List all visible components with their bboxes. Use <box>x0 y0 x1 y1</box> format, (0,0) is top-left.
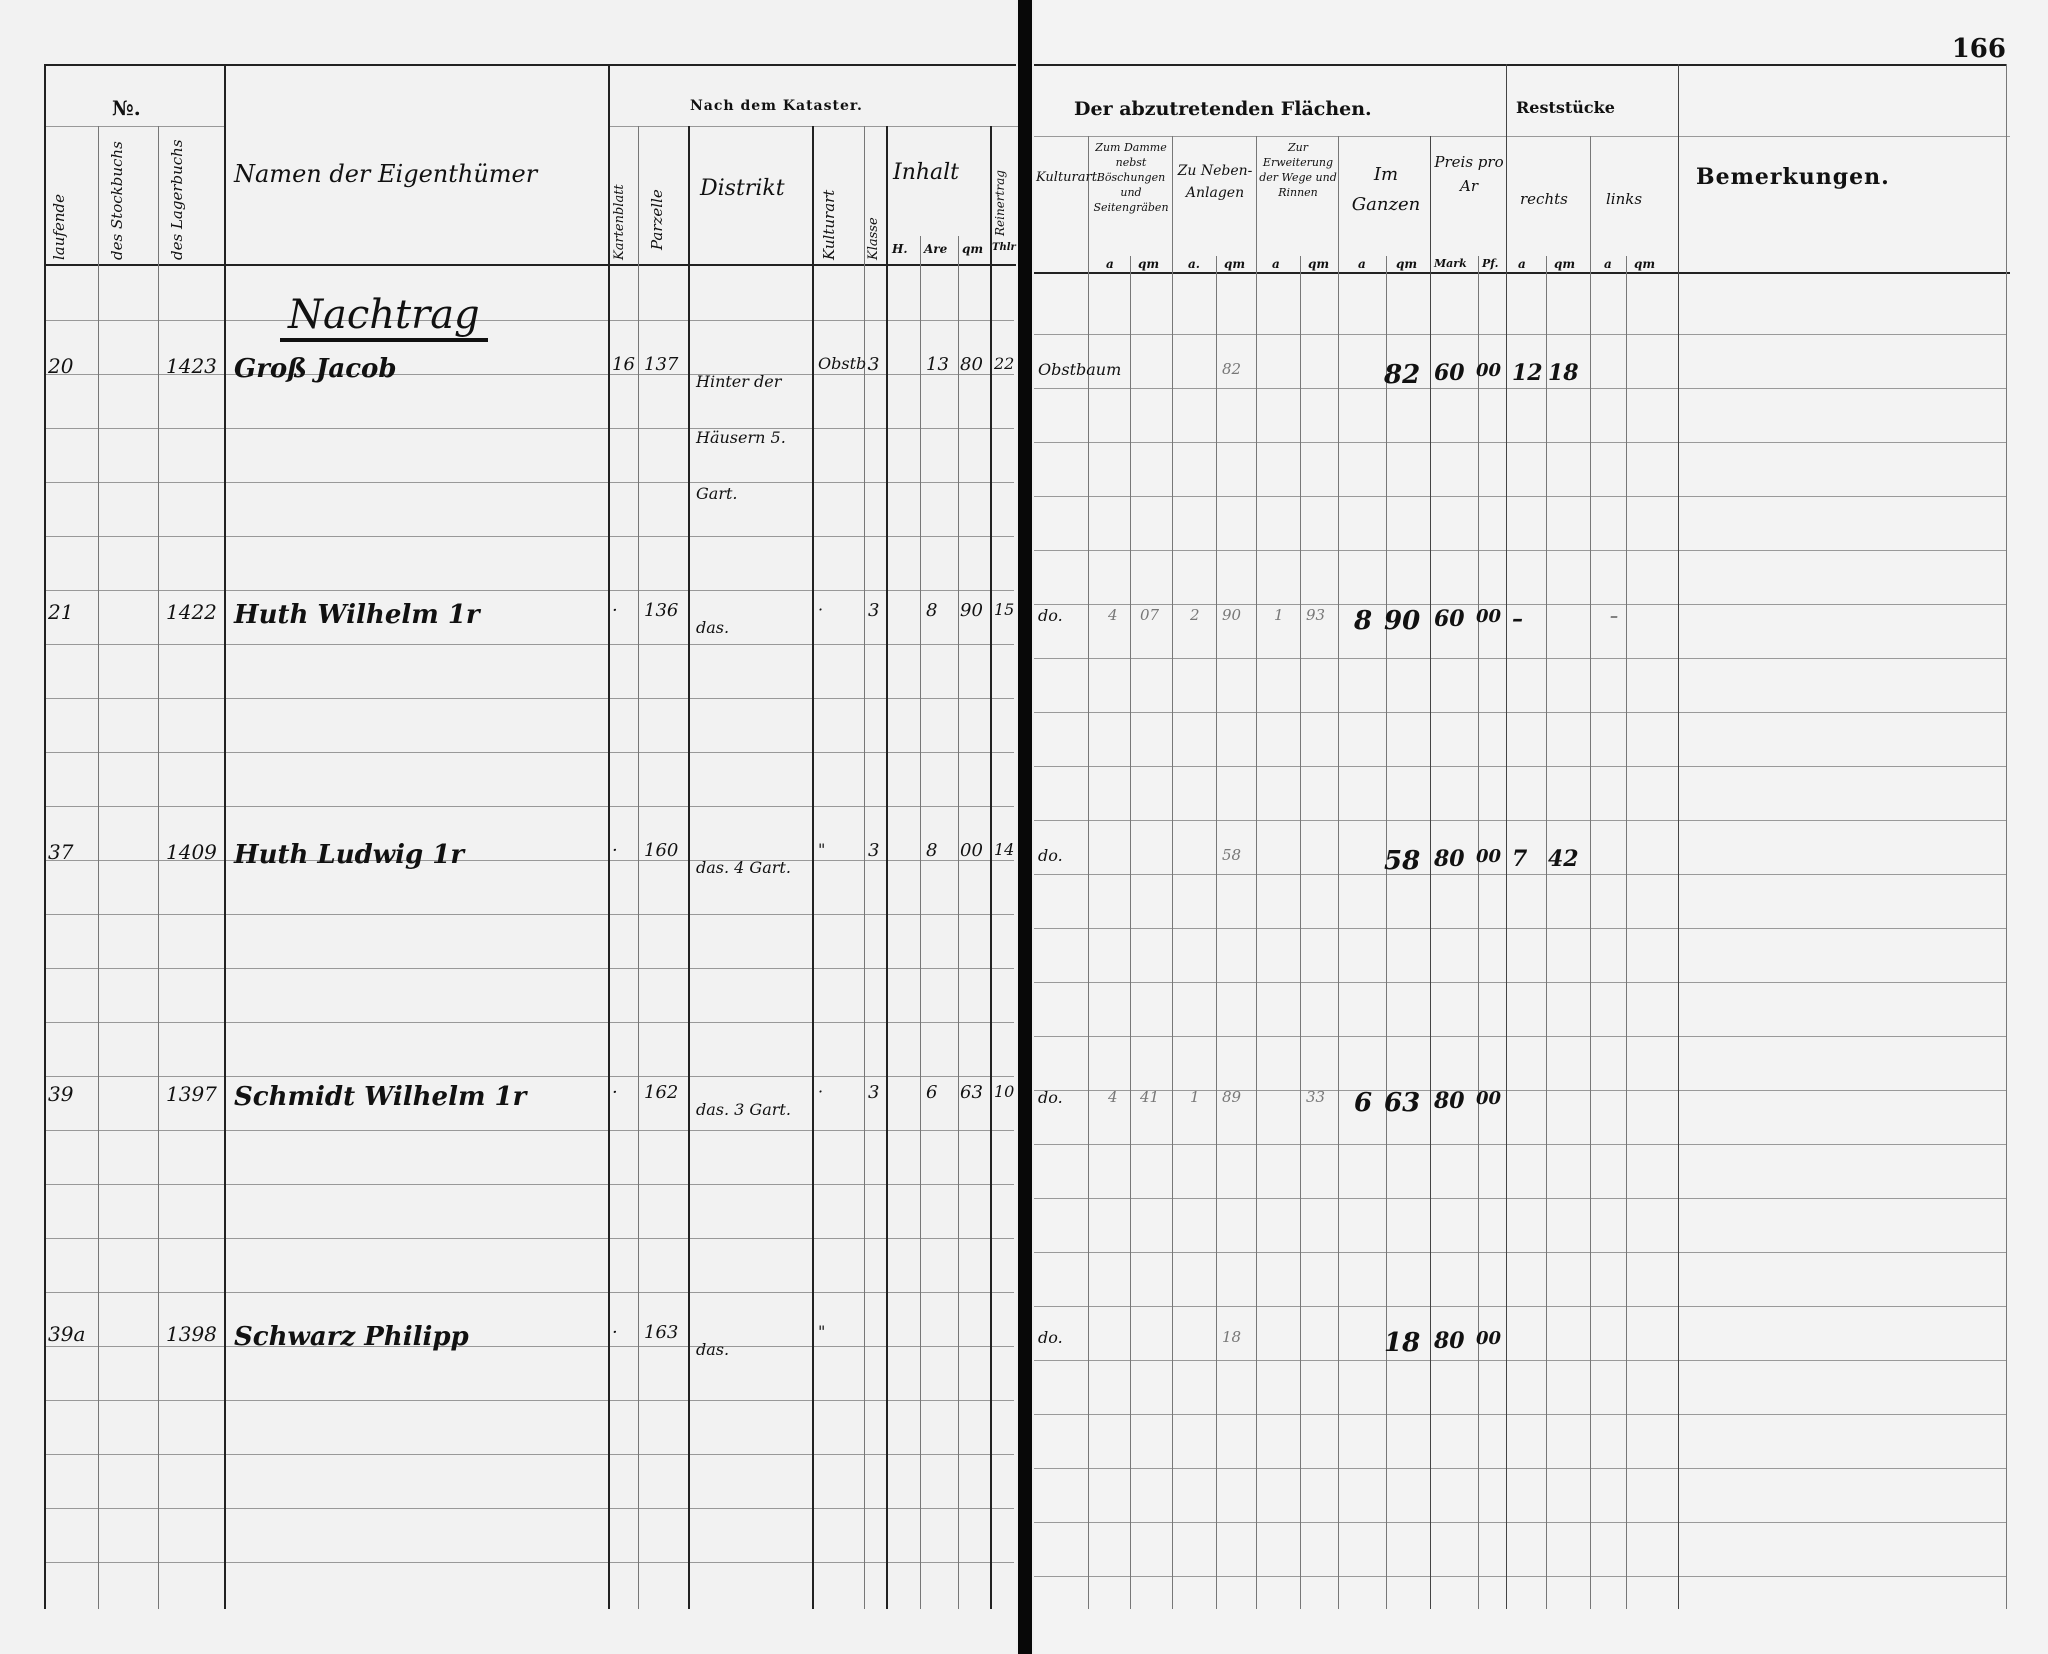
cell-neben-a: 1 <box>1190 1088 1200 1106</box>
cell-klasse: 3 <box>868 1082 879 1103</box>
cell-lagerbuch-number: 1397 <box>166 1082 217 1106</box>
cell-owner-name: Huth Wilhelm 1r <box>234 600 480 630</box>
cell-parzelle: 163 <box>644 1322 678 1343</box>
cell-lfd-number: 37 <box>48 840 73 864</box>
cell-owner-name: Huth Ludwig 1r <box>234 840 464 870</box>
col-border <box>1478 256 1479 1609</box>
cell-kartenblatt: · <box>612 840 618 861</box>
col-border <box>1546 256 1547 1609</box>
header-bemerkungen: Bemerkungen. <box>1696 164 1890 190</box>
header-kartenblatt: Kartenblatt <box>612 132 627 260</box>
header-preis: Preis pro Ar <box>1432 150 1506 198</box>
col-border <box>886 126 888 1609</box>
unit: a. <box>1188 257 1200 271</box>
cell-ganz-qm: 63 <box>1384 1088 1420 1118</box>
cell-preis-pf: 00 <box>1476 846 1501 867</box>
cell-rechts-a: 12 <box>1512 360 1543 386</box>
unit-h: H. <box>892 242 908 256</box>
cell-weg-qm: 33 <box>1306 1088 1325 1106</box>
cell-preis-mark: 60 <box>1434 606 1465 632</box>
col-border <box>990 126 992 1609</box>
col-border <box>224 64 226 1609</box>
cell-lagerbuch-number: 1398 <box>166 1322 217 1346</box>
cell-kulturart: " <box>818 840 825 859</box>
cell-distrikt: das. <box>696 1322 808 1378</box>
col-border <box>1338 136 1339 1609</box>
unit: a <box>1358 257 1366 271</box>
cell-reinertrag: 15 <box>994 600 1014 619</box>
cell-rechts-a: – <box>1512 606 1523 632</box>
cell-lfd-number: 21 <box>48 600 73 624</box>
unit: qm <box>1308 257 1329 271</box>
header-kataster: Nach dem Kataster. <box>690 98 863 114</box>
cell-inhalt-are: 8 <box>926 600 937 621</box>
row-grid-line <box>44 968 1014 969</box>
cell-parzelle: 162 <box>644 1082 678 1103</box>
header-distrikt: Distrikt <box>700 176 785 201</box>
cell-flaeche-kulturart: Obstbaum <box>1038 360 1121 379</box>
cell-reinertrag: 10 <box>994 1082 1014 1101</box>
row-grid-line <box>44 1130 1014 1131</box>
cell-neben-qm: 89 <box>1222 1088 1241 1106</box>
row-grid-line <box>1034 712 2006 713</box>
row-grid-line <box>1034 442 2006 443</box>
cell-damm-qm: 07 <box>1140 606 1159 624</box>
row-grid-line <box>44 698 1014 699</box>
cell-kartenblatt: · <box>612 1322 618 1343</box>
col-border <box>638 126 639 1609</box>
row-grid-line <box>1034 766 2006 767</box>
cell-damm-a: 4 <box>1108 1088 1118 1106</box>
cell-klasse: 3 <box>868 840 879 861</box>
cell-distrikt: das. 3 Gart. <box>696 1082 808 1138</box>
cell-kulturart: · <box>818 600 823 619</box>
col-border <box>98 126 99 1609</box>
unit-are: Are <box>924 242 947 256</box>
row-grid-line <box>44 1292 1014 1293</box>
cell-preis-mark: 60 <box>1434 360 1465 386</box>
cell-preis-pf: 00 <box>1476 606 1501 627</box>
cell-inhalt-are: 13 <box>926 354 949 375</box>
cell-flaeche-kulturart: do. <box>1038 1088 1063 1107</box>
col-border <box>1506 64 1507 1609</box>
col-border <box>1172 136 1173 1609</box>
row-grid-line <box>1034 604 2006 605</box>
row-grid-line <box>1034 334 2006 335</box>
unit-thlr: Thlr <box>992 242 1016 253</box>
cell-inhalt-qm: 90 <box>960 600 983 621</box>
row-grid-line <box>1034 550 2006 551</box>
section-title: Nachtrag <box>280 292 488 342</box>
row-grid-line <box>44 1346 1014 1347</box>
row-grid-line <box>1034 658 2006 659</box>
unit: qm <box>1554 257 1575 271</box>
unit: qm <box>1138 257 1159 271</box>
cell-damm-qm: 41 <box>1140 1088 1159 1106</box>
row-grid-line <box>1034 1414 2006 1415</box>
row-grid-line <box>1034 1036 2006 1037</box>
col-border <box>864 126 865 1609</box>
unit: Mark <box>1434 257 1467 270</box>
header-owner-name: Namen der Eigenthümer <box>234 160 537 188</box>
cell-inhalt-qm: 00 <box>960 840 983 861</box>
unit: Pf. <box>1482 257 1498 270</box>
row-grid-line <box>44 644 1014 645</box>
cell-links-a: – <box>1610 606 1618 625</box>
row-grid-line <box>1034 982 2006 983</box>
row-grid-line <box>44 482 1014 483</box>
group-divider <box>44 126 224 127</box>
header-parzelle: Parzelle <box>648 140 666 250</box>
row-grid-line <box>1034 1144 2006 1145</box>
col-border <box>1386 256 1387 1609</box>
cell-ganz-a: 6 <box>1354 1088 1372 1118</box>
cell-preis-mark: 80 <box>1434 846 1465 872</box>
col-border <box>1300 256 1301 1609</box>
cell-owner-name: Schwarz Philipp <box>234 1322 469 1352</box>
cell-ganz-qm: 82 <box>1384 360 1420 390</box>
unit: a <box>1106 257 1114 271</box>
cell-flaeche-kulturart: do. <box>1038 846 1063 865</box>
unit: a <box>1604 257 1612 271</box>
unit: qm <box>1396 257 1417 271</box>
cell-neben-a: 2 <box>1190 606 1200 624</box>
cell-distrikt: Hinter der Häusern 5. Gart. <box>696 354 808 522</box>
row-grid-line <box>44 1076 1014 1077</box>
header-damm: Zum Damme nebst Böschungen und Seitengrä… <box>1090 140 1172 215</box>
col-border <box>1216 256 1217 1609</box>
row-grid-line <box>44 1508 1014 1509</box>
cell-neben-qm: 58 <box>1222 846 1241 864</box>
cell-lfd-number: 39 <box>48 1082 73 1106</box>
unit: qm <box>1224 257 1245 271</box>
cell-preis-mark: 80 <box>1434 1088 1465 1114</box>
row-grid-line <box>44 428 1014 429</box>
header-klasse: Klasse <box>866 190 881 260</box>
unit-qm: qm <box>962 242 983 256</box>
col-border <box>158 126 159 1609</box>
row-grid-line <box>1034 388 2006 389</box>
unit: a <box>1518 257 1526 271</box>
col-border <box>1088 136 1089 1609</box>
cell-weg-a: 1 <box>1274 606 1284 624</box>
cell-reinertrag: 14 <box>994 840 1014 859</box>
cell-klasse: 3 <box>868 600 879 621</box>
right-page <box>1034 0 2048 1654</box>
page-number: 166 <box>1952 34 2006 64</box>
row-grid-line <box>44 1184 1014 1185</box>
col-border <box>1430 136 1431 1609</box>
cell-rechts-a: 7 <box>1512 846 1527 872</box>
row-grid-line <box>44 806 1014 807</box>
col-border <box>44 64 46 1609</box>
row-grid-line <box>44 914 1014 915</box>
cell-ganz-qm: 58 <box>1384 846 1420 876</box>
row-grid-line <box>44 752 1014 753</box>
cell-flaeche-kulturart: do. <box>1038 606 1063 625</box>
unit: a <box>1272 257 1280 271</box>
col-border <box>1130 256 1131 1609</box>
header-laufende: laufende <box>50 140 68 260</box>
cell-lagerbuch-number: 1422 <box>166 600 217 624</box>
cell-lfd-number: 39a <box>48 1322 85 1346</box>
group-divider <box>1674 136 2010 137</box>
cell-neben-qm: 18 <box>1222 1328 1241 1346</box>
cell-preis-pf: 00 <box>1476 360 1501 381</box>
cell-damm-a: 4 <box>1108 606 1118 624</box>
header-flaechen: Der abzutretenden Flächen. <box>1074 98 1372 120</box>
row-grid-line <box>44 590 1014 591</box>
col-border <box>1678 64 1679 1609</box>
row-grid-line <box>1034 928 2006 929</box>
cell-inhalt-are: 6 <box>926 1082 937 1103</box>
cell-inhalt-qm: 63 <box>960 1082 983 1103</box>
col-border <box>920 236 921 1609</box>
cell-inhalt-are: 8 <box>926 840 937 861</box>
col-border <box>2006 64 2007 1609</box>
row-grid-line <box>44 320 1014 321</box>
cell-lagerbuch-number: 1423 <box>166 354 217 378</box>
cell-lfd-number: 20 <box>48 354 73 378</box>
row-grid-line <box>44 1238 1014 1239</box>
cell-ganz-a: 8 <box>1354 606 1372 636</box>
header-f-kulturart: Kulturart <box>1036 170 1088 185</box>
row-grid-line <box>1034 1360 2006 1361</box>
cell-preis-pf: 00 <box>1476 1088 1501 1109</box>
cell-neben-qm: 90 <box>1222 606 1241 624</box>
cell-rechts-qm: 42 <box>1548 846 1579 872</box>
cell-neben-qm: 82 <box>1222 360 1241 378</box>
cell-lagerbuch-number: 1409 <box>166 840 217 864</box>
row-grid-line <box>1034 1522 2006 1523</box>
row-grid-line <box>1034 1090 2006 1091</box>
row-grid-line <box>1034 496 2006 497</box>
cell-flaeche-kulturart: do. <box>1038 1328 1063 1347</box>
row-grid-line <box>1034 1306 2006 1307</box>
table-top-border-left <box>44 64 1016 66</box>
header-stockbuch: des Stockbuchs <box>108 140 126 260</box>
header-im-ganzen: Im Ganzen <box>1342 160 1430 220</box>
cell-preis-pf: 00 <box>1476 1328 1501 1349</box>
header-reinertrag: Reinertrag <box>993 126 1007 236</box>
cell-ganz-qm: 90 <box>1384 606 1420 636</box>
cell-kartenblatt: · <box>612 600 618 621</box>
table-top-border-right <box>1034 64 2006 66</box>
col-border <box>1626 256 1627 1609</box>
cell-parzelle: 136 <box>644 600 678 621</box>
cell-owner-name: Schmidt Wilhelm 1r <box>234 1082 526 1112</box>
header-bottom-border <box>1034 272 2010 274</box>
row-grid-line <box>44 1454 1014 1455</box>
cell-reinertrag: 22 <box>994 354 1014 373</box>
row-grid-line <box>1034 1252 2006 1253</box>
row-grid-line <box>44 1562 1014 1563</box>
cell-kulturart: Obstb. <box>818 354 871 373</box>
col-border <box>1256 136 1257 1609</box>
cell-kartenblatt: · <box>612 1082 618 1103</box>
cell-distrikt: das. <box>696 600 808 656</box>
cell-kartenblatt: 16 <box>612 354 635 375</box>
cell-parzelle: 160 <box>644 840 678 861</box>
header-rechts: rechts <box>1520 190 1568 208</box>
col-border <box>958 236 959 1609</box>
header-nebenanlagen: Zu Neben-Anlagen <box>1174 160 1256 204</box>
header-no: №. <box>112 96 141 120</box>
cell-rechts-qm: 18 <box>1548 360 1579 386</box>
row-grid-line <box>1034 1198 2006 1199</box>
row-grid-line <box>1034 1576 2006 1577</box>
row-grid-line <box>1034 820 2006 821</box>
group-divider <box>1034 136 1674 137</box>
cell-inhalt-qm: 80 <box>960 354 983 375</box>
cell-ganz-qm: 18 <box>1384 1328 1420 1358</box>
header-reststuecke: Reststücke <box>1516 98 1615 117</box>
unit: qm <box>1634 257 1655 271</box>
cell-parzelle: 137 <box>644 354 678 375</box>
header-lagerbuch: des Lagerbuchs <box>168 140 186 260</box>
header-kulturart: Kulturart <box>820 140 838 260</box>
cell-kulturart: " <box>818 1322 825 1341</box>
col-border <box>608 64 610 1609</box>
header-inhalt: Inhalt <box>893 160 959 185</box>
cell-weg-qm: 93 <box>1306 606 1325 624</box>
row-grid-line <box>44 1022 1014 1023</box>
col-border <box>1590 136 1591 1609</box>
header-bottom-border <box>44 264 1016 266</box>
cell-distrikt: das. 4 Gart. <box>696 840 808 896</box>
row-grid-line <box>44 536 1014 537</box>
cell-owner-name: Groß Jacob <box>234 354 397 384</box>
header-links: links <box>1606 190 1642 208</box>
book-spine <box>1018 0 1032 1654</box>
cell-klasse: 3 <box>868 354 879 375</box>
cell-preis-mark: 80 <box>1434 1328 1465 1354</box>
row-grid-line <box>1034 1468 2006 1469</box>
col-border <box>688 126 690 1609</box>
cell-kulturart: · <box>818 1082 823 1101</box>
header-wege: Zur Erweiterung der Wege und Rinnen <box>1258 140 1338 200</box>
row-grid-line <box>1034 874 2006 875</box>
row-grid-line <box>44 1400 1014 1401</box>
col-border <box>812 126 814 1609</box>
